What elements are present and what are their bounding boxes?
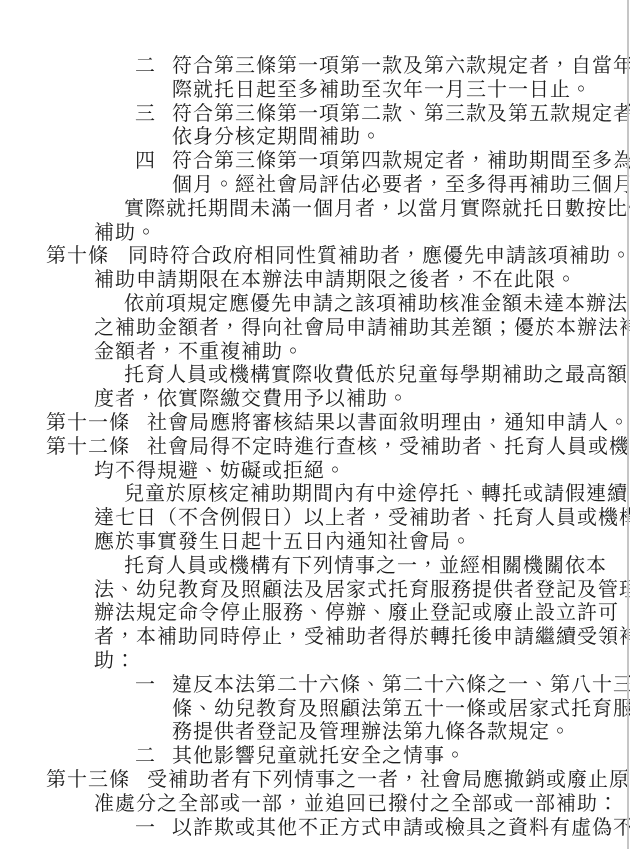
- continuation-line: 法、幼兒教育及照顧法及居家式托育服務提供者登記及管理: [0, 578, 630, 602]
- line-text: 均不得規避、妨礙或拒絕。: [94, 458, 346, 482]
- continuation-line: 度者，依實際繳交費用予以補助。: [0, 387, 630, 411]
- article-line: 第十條同時符合政府相同性質補助者，應優先申請該項補助。但: [0, 244, 630, 268]
- line-text: 辦法規定命令停止服務、停辦、廢止登記或廢止設立許可: [94, 600, 619, 624]
- line-text: 實際就托期間未滿一個月者，以當月實際就托日數按比例: [124, 196, 630, 220]
- line-text: 受補助者有下列情事之一者，社會局應撤銷或廢止原核: [147, 767, 630, 791]
- item-continuation-line: 個月。經社會局評估必要者，至多得再補助三個月。: [0, 173, 630, 197]
- item-continuation-line: 務提供者登記及管理辦法第九條各款規定。: [0, 720, 630, 744]
- line-text: 依前項規定應優先申請之該項補助核准金額未達本辦法: [124, 291, 628, 315]
- line-text: 托育人員或機構實際收費低於兒童每學期補助之最高額: [124, 362, 628, 386]
- continuation-line: 應於事實發生日起十五日內通知社會局。: [0, 530, 630, 554]
- continuation-line: 補助。: [0, 221, 630, 245]
- line-text: 兒童於原核定補助期間內有中途停托、轉托或請假連續: [124, 481, 628, 505]
- continuation-line: 辦法規定命令停止服務、停辦、廢止登記或廢止設立許可: [0, 601, 630, 625]
- line-text: 托育人員或機構有下列情事之一，並經相關機關依本: [124, 553, 607, 577]
- line-text: 條、幼兒教育及照顧法第五十一條或居家式托育服: [172, 696, 630, 720]
- item-continuation-line: 依身分核定期間補助。: [0, 125, 630, 149]
- line-text: 度者，依實際繳交費用予以補助。: [94, 386, 409, 410]
- line-text: 以詐欺或其他不正方式申請或檢具之資料有虛偽不: [172, 815, 630, 839]
- line-text: 其他影響兒童就托安全之情事。: [172, 743, 466, 767]
- line-text: 達七日（不含例假日）以上者，受補助者、托育人員或機構: [94, 505, 630, 529]
- item-number: 三: [135, 102, 172, 126]
- line-text: 應於事實發生日起十五日內通知社會局。: [94, 529, 472, 553]
- continuation-line: 金額者，不重複補助。: [0, 340, 630, 364]
- list-item-line: 一違反本法第二十六條、第二十六條之一、第八十三: [0, 673, 630, 697]
- article-line: 第十二條社會局得不定時進行查核，受補助者、托育人員或機構: [0, 435, 630, 459]
- continuation-line: 補助申請期限在本辦法申請期限之後者，不在此限。: [0, 268, 630, 292]
- item-continuation-line: 條、幼兒教育及照顧法第五十一條或居家式托育服: [0, 697, 630, 721]
- line-text: 補助。: [94, 220, 157, 244]
- continuation-line: 達七日（不含例假日）以上者，受補助者、托育人員或機構: [0, 506, 630, 530]
- line-text: 之補助金額者，得向社會局申請補助其差額；優於本辦法補助: [94, 315, 630, 339]
- line-text: 補助申請期限在本辦法申請期限之後者，不在此限。: [94, 267, 577, 291]
- line-text: 違反本法第二十六條、第二十六條之一、第八十三: [172, 672, 630, 696]
- continuation-line: 之補助金額者，得向社會局申請補助其差額；優於本辦法補助: [0, 316, 630, 340]
- line-text: 際就托日起至多補助至次年一月三十一日止。: [172, 77, 592, 101]
- line-text: 務提供者登記及管理辦法第九條各款規定。: [172, 719, 571, 743]
- line-text: 金額者，不重複補助。: [94, 339, 304, 363]
- continuation-line: 准處分之全部或一部，並追回已撥付之全部或一部補助：: [0, 792, 630, 816]
- article-line: 第十三條受補助者有下列情事之一者，社會局應撤銷或廢止原核: [0, 768, 630, 792]
- item-number: 一: [135, 673, 172, 697]
- item-number: 四: [135, 149, 172, 173]
- continuation-line: 者，本補助同時停止，受補助者得於轉托後申請繼續受領補: [0, 625, 630, 649]
- line-text: 符合第三條第一項第一款及第六款規定者，自當年實: [172, 53, 630, 77]
- line-text: 助：: [94, 648, 136, 672]
- list-item-line: 二其他影響兒童就托安全之情事。: [0, 744, 630, 768]
- article-line: 第十一條社會局應將審核結果以書面敘明理由，通知申請人。: [0, 411, 630, 435]
- paragraph-first-line: 依前項規定應優先申請之該項補助核准金額未達本辦法: [0, 292, 630, 316]
- list-item-line: 四符合第三條第一項第四款規定者，補助期間至多為三: [0, 149, 630, 173]
- article-number-label: 第十二條: [46, 435, 147, 459]
- line-text: 社會局應將審核結果以書面敘明理由，通知申請人。: [147, 410, 630, 434]
- list-item-line: 三符合第三條第一項第二款、第三款及第五款規定者，: [0, 102, 630, 126]
- document-page: 二符合第三條第一項第一款及第六款規定者，自當年實 際就托日起至多補助至次年一月三…: [0, 0, 630, 849]
- paragraph-first-line: 托育人員或機構有下列情事之一，並經相關機關依本: [0, 554, 630, 578]
- article-number-label: 第十條: [46, 244, 128, 268]
- list-item-line: 二符合第三條第一項第一款及第六款規定者，自當年實: [0, 54, 630, 78]
- article-number-label: 第十一條: [46, 411, 147, 435]
- item-number: 一: [135, 816, 172, 840]
- line-text: 者，本補助同時停止，受補助者得於轉托後申請繼續受領補: [94, 624, 630, 648]
- line-text: 同時符合政府相同性質補助者，應優先申請該項補助。但: [128, 243, 630, 267]
- continuation-line: 助：: [0, 649, 630, 673]
- line-text: 依身分核定期間補助。: [172, 124, 382, 148]
- item-number: 二: [135, 54, 172, 78]
- paragraph-first-line: 實際就托期間未滿一個月者，以當月實際就托日數按比例: [0, 197, 630, 221]
- line-text: 個月。經社會局評估必要者，至多得再補助三個月。: [172, 172, 630, 196]
- item-continuation-line: 際就托日起至多補助至次年一月三十一日止。: [0, 78, 630, 102]
- list-item-line: 一以詐欺或其他不正方式申請或檢具之資料有虛偽不: [0, 816, 630, 840]
- paragraph-first-line: 兒童於原核定補助期間內有中途停托、轉托或請假連續: [0, 482, 630, 506]
- line-text: 符合第三條第一項第四款規定者，補助期間至多為三: [172, 148, 630, 172]
- line-text: 社會局得不定時進行查核，受補助者、托育人員或機構: [147, 434, 630, 458]
- document-text-block: 二符合第三條第一項第一款及第六款規定者，自當年實 際就托日起至多補助至次年一月三…: [0, 54, 630, 839]
- continuation-line: 均不得規避、妨礙或拒絕。: [0, 459, 630, 483]
- paragraph-first-line: 托育人員或機構實際收費低於兒童每學期補助之最高額: [0, 363, 630, 387]
- article-number-label: 第十三條: [46, 768, 147, 792]
- item-number: 二: [135, 744, 172, 768]
- line-text: 准處分之全部或一部，並追回已撥付之全部或一部補助：: [94, 791, 619, 815]
- scan-edge-line: [627, 0, 629, 849]
- line-text: 符合第三條第一項第二款、第三款及第五款規定者，: [172, 101, 630, 125]
- line-text: 法、幼兒教育及照顧法及居家式托育服務提供者登記及管理: [94, 577, 630, 601]
